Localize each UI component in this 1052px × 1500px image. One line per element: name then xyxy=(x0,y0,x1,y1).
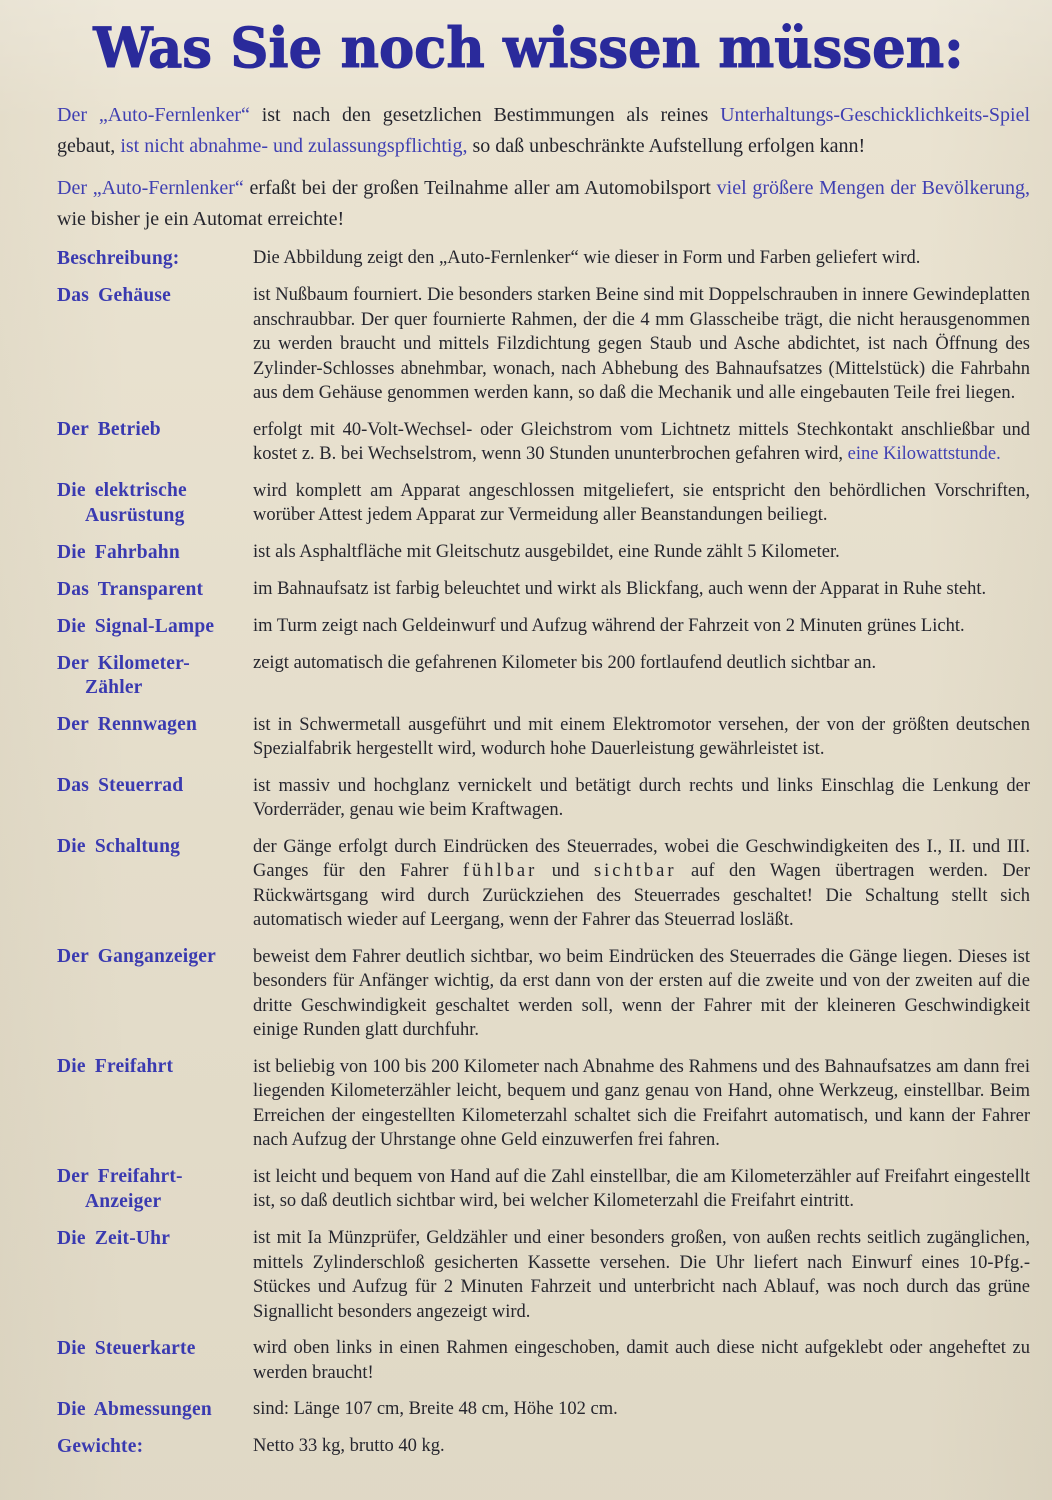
section-label: Die Abmessungen xyxy=(57,1397,253,1422)
text-segment: fühlbar xyxy=(463,861,537,881)
text-segment: ist leicht und bequem von Hand auf die Z… xyxy=(253,1167,1030,1212)
text-segment: Unterhaltungs-Geschicklichkeits-Spiel xyxy=(720,104,1030,126)
section-label-line: Das Steuerrad xyxy=(57,774,243,799)
brochure-page: Was Sie noch wissen müssen: Der „Auto-Fe… xyxy=(0,0,1052,1500)
text-segment: ist beliebig von 100 bis 200 Kilometer n… xyxy=(253,1057,1030,1151)
section-row: Das Transparentim Bahnaufsatz ist farbig… xyxy=(57,577,1030,602)
section-label-line: Der Ganganzeiger xyxy=(57,945,243,970)
section-body: beweist dem Fahrer deutlich sichtbar, wo… xyxy=(253,945,1030,1043)
text-segment: ist mit Ia Münzprüfer, Geldzähler und ei… xyxy=(253,1228,1030,1322)
intro-paragraphs: Der „Auto-Fernlenker“ ist nach den geset… xyxy=(57,100,1030,234)
section-label-line: Gewichte: xyxy=(57,1435,243,1460)
section-label-line: Beschreibung: xyxy=(57,247,243,272)
section-label: Die Freifahrt xyxy=(57,1055,253,1153)
text-segment: erfaßt bei der großen Teilnahme aller am… xyxy=(244,177,717,199)
text-segment: wird oben links in einen Rahmen eingesch… xyxy=(253,1338,1030,1383)
intro-paragraph: Der „Auto-Fernlenker“ ist nach den geset… xyxy=(57,100,1030,161)
text-segment: Die Abbildung zeigt den „Auto-Fernlenker… xyxy=(253,248,920,268)
section-row: Gewichte:Netto 33 kg, brutto 40 kg. xyxy=(57,1434,1030,1459)
text-segment: sichtbar xyxy=(594,861,677,881)
text-segment: wird komplett am Apparat angeschlossen m… xyxy=(253,481,1030,526)
section-row: Das Gehäuseist Nußbaum fourniert. Die be… xyxy=(57,283,1030,406)
text-segment: eine Kilowattstunde. xyxy=(848,444,1001,464)
section-label: Die elektrischeAusrüstung xyxy=(57,479,253,529)
spec-sections: Beschreibung:Die Abbildung zeigt den „Au… xyxy=(57,246,1030,1459)
text-segment: so daß unbeschränkte Aufstellung erfolge… xyxy=(467,135,865,157)
text-segment: wie bisher je ein Automat erreichte! xyxy=(57,208,344,230)
section-label-line: Die Freifahrt xyxy=(57,1055,243,1080)
section-label-line: Die Steuerkarte xyxy=(57,1337,243,1362)
section-row: Die Abmessungensind: Länge 107 cm, Breit… xyxy=(57,1397,1030,1422)
section-label-line: Anzeiger xyxy=(57,1190,243,1215)
section-row: Der Rennwagenist in Schwermetall ausgefü… xyxy=(57,713,1030,762)
text-segment: Netto 33 kg, brutto 40 kg. xyxy=(253,1436,445,1456)
text-segment: Der „Auto-Fernlenker“ xyxy=(57,177,244,199)
text-segment: und xyxy=(537,861,594,881)
section-body: ist in Schwermetall ausgeführt und mit e… xyxy=(253,713,1030,762)
section-label: Der Rennwagen xyxy=(57,713,253,762)
section-label-line: Das Transparent xyxy=(57,578,243,603)
section-body: wird komplett am Apparat angeschlossen m… xyxy=(253,479,1030,529)
section-label: Die Schaltung xyxy=(57,835,253,933)
section-row: Der Kilometer-Zählerzeigt automatisch di… xyxy=(57,651,1030,701)
section-label: Die Fahrbahn xyxy=(57,540,253,565)
section-body: sind: Länge 107 cm, Breite 48 cm, Höhe 1… xyxy=(253,1397,1030,1422)
section-label: Beschreibung: xyxy=(57,246,253,271)
text-segment: ist massiv und hochglanz vernickelt und … xyxy=(253,776,1030,821)
section-body: ist beliebig von 100 bis 200 Kilometer n… xyxy=(253,1055,1030,1153)
section-label-line: Die elektrische xyxy=(57,479,243,504)
section-row: Die Steuerkartewird oben links in einen … xyxy=(57,1336,1030,1385)
section-label-line: Der Betrieb xyxy=(57,418,243,443)
section-label: Der Freifahrt-Anzeiger xyxy=(57,1165,253,1215)
text-segment: ist als Asphaltfläche mit Gleitschutz au… xyxy=(253,542,840,562)
section-body: im Turm zeigt nach Geldeinwurf und Aufzu… xyxy=(253,614,1030,639)
text-segment: gebaut, xyxy=(57,135,120,157)
section-label-line: Die Signal-Lampe xyxy=(57,615,243,640)
section-row: Das Steuerradist massiv und hochglanz ve… xyxy=(57,774,1030,823)
section-body: zeigt automatisch die gefahrenen Kilomet… xyxy=(253,651,1030,701)
section-label-line: Der Freifahrt- xyxy=(57,1165,243,1190)
section-label: Gewichte: xyxy=(57,1434,253,1459)
section-label-line: Das Gehäuse xyxy=(57,284,243,309)
section-label: Das Gehäuse xyxy=(57,283,253,406)
section-row: Die Zeit-Uhrist mit Ia Münzprüfer, Geldz… xyxy=(57,1226,1030,1324)
section-body: ist Nußbaum fourniert. Die besonders sta… xyxy=(253,283,1030,406)
text-segment: viel größere Mengen der Bevölkerung, xyxy=(717,177,1030,199)
section-label: Die Steuerkarte xyxy=(57,1336,253,1385)
page-title: Was Sie noch wissen müssen: xyxy=(76,18,981,78)
section-label: Die Zeit-Uhr xyxy=(57,1226,253,1324)
section-body: ist massiv und hochglanz vernickelt und … xyxy=(253,774,1030,823)
section-label: Das Transparent xyxy=(57,577,253,602)
section-label-line: Zähler xyxy=(57,676,243,701)
section-label-line: Die Schaltung xyxy=(57,835,243,860)
section-row: Die Freifahrtist beliebig von 100 bis 20… xyxy=(57,1055,1030,1153)
intro-paragraph: Der „Auto-Fernlenker“ erfaßt bei der gro… xyxy=(57,173,1030,234)
section-label: Das Steuerrad xyxy=(57,774,253,823)
section-label: Der Kilometer-Zähler xyxy=(57,651,253,701)
section-label-line: Die Fahrbahn xyxy=(57,541,243,566)
section-row: Die Signal-Lampeim Turm zeigt nach Gelde… xyxy=(57,614,1030,639)
text-segment: sind: Länge 107 cm, Breite 48 cm, Höhe 1… xyxy=(253,1399,618,1419)
section-body: ist mit Ia Münzprüfer, Geldzähler und ei… xyxy=(253,1226,1030,1324)
section-row: Der Freifahrt-Anzeigerist leicht und beq… xyxy=(57,1165,1030,1215)
section-body: Die Abbildung zeigt den „Auto-Fernlenker… xyxy=(253,246,1030,271)
section-body: erfolgt mit 40-Volt-Wechsel- oder Gleich… xyxy=(253,418,1030,467)
section-label-line: Die Abmessungen xyxy=(57,1398,243,1423)
text-segment: ist in Schwermetall ausgeführt und mit e… xyxy=(253,715,1030,760)
section-row: Der Ganganzeigerbeweist dem Fahrer deutl… xyxy=(57,945,1030,1043)
section-row: Der Betrieberfolgt mit 40-Volt-Wechsel- … xyxy=(57,418,1030,467)
text-segment: ist nach den gesetzlichen Bestimmungen a… xyxy=(250,104,720,126)
section-body: wird oben links in einen Rahmen eingesch… xyxy=(253,1336,1030,1385)
section-label: Die Signal-Lampe xyxy=(57,614,253,639)
text-segment: im Bahnaufsatz ist farbig beleuchtet und… xyxy=(253,579,986,599)
section-label: Der Ganganzeiger xyxy=(57,945,253,1043)
text-segment: beweist dem Fahrer deutlich sichtbar, wo… xyxy=(253,947,1030,1041)
section-body: ist als Asphaltfläche mit Gleitschutz au… xyxy=(253,540,1030,565)
text-segment: ist Nußbaum fourniert. Die besonders sta… xyxy=(253,285,1030,403)
text-segment: zeigt automatisch die gefahrenen Kilomet… xyxy=(253,653,876,673)
text-segment: im Turm zeigt nach Geldeinwurf und Aufzu… xyxy=(253,616,965,636)
section-label: Der Betrieb xyxy=(57,418,253,467)
section-body: im Bahnaufsatz ist farbig beleuchtet und… xyxy=(253,577,1030,602)
section-label-line: Der Kilometer- xyxy=(57,652,243,677)
section-body: ist leicht und bequem von Hand auf die Z… xyxy=(253,1165,1030,1215)
section-label-line: Der Rennwagen xyxy=(57,713,243,738)
section-row: Beschreibung:Die Abbildung zeigt den „Au… xyxy=(57,246,1030,271)
section-label-line: Ausrüstung xyxy=(57,504,243,529)
section-row: Die Fahrbahnist als Asphaltfläche mit Gl… xyxy=(57,540,1030,565)
text-segment: Der „Auto-Fernlenker“ xyxy=(57,104,250,126)
section-row: Die Schaltungder Gänge erfolgt durch Ein… xyxy=(57,835,1030,933)
section-body: der Gänge erfolgt durch Eindrücken des S… xyxy=(253,835,1030,933)
section-body: Netto 33 kg, brutto 40 kg. xyxy=(253,1434,1030,1459)
section-label-line: Die Zeit-Uhr xyxy=(57,1227,243,1252)
text-segment: ist nicht abnahme- und zulassungspflicht… xyxy=(120,135,467,157)
section-row: Die elektrischeAusrüstungwird komplett a… xyxy=(57,479,1030,529)
